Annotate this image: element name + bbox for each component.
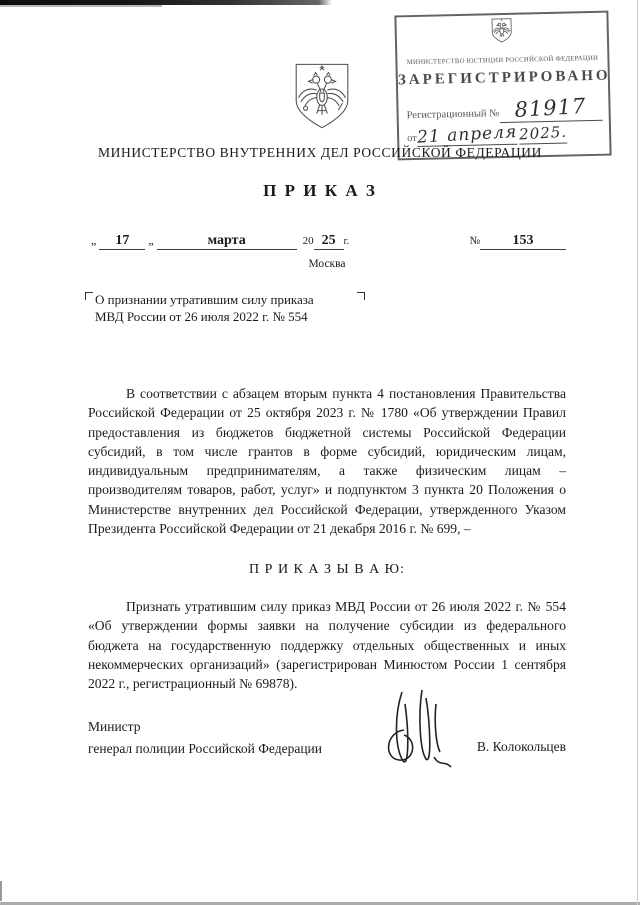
ministry-title: МИНИСТЕРСТВО ВНУТРЕННИХ ДЕЛ РОССИЙСКОЙ Ф…	[0, 145, 640, 161]
stamp-reg-number-label: Регистрационный №	[407, 108, 500, 121]
stamp-reg-number-value: 81917	[499, 95, 603, 123]
date-year-field: 25	[314, 233, 344, 250]
russia-coat-of-arms-icon	[291, 62, 353, 135]
open-quote: „	[91, 233, 96, 248]
order-paragraph: Признать утратившим силу приказ МВД Росс…	[88, 597, 566, 693]
date-month-field: марта	[157, 233, 297, 250]
signer-position-line-1: Министр	[88, 716, 322, 738]
scan-artifact-top-sub-bar	[0, 5, 162, 7]
order-directive-word: П Р И К А З Ы В А Ю:	[88, 562, 566, 578]
year-unit: г.	[344, 236, 349, 247]
subject-corner-right	[357, 292, 365, 300]
date-and-number-line: „ 17 „ марта 20 25 г. № 153	[88, 233, 566, 250]
signer-position-line-2: генерал полиции Российской Федерации	[88, 738, 322, 760]
order-subject: О признании утратившим силу приказа МВД …	[95, 292, 357, 325]
preamble-paragraph: В соответствии с абзацем вторым пункта 4…	[88, 384, 566, 538]
year-prefix: 20	[303, 235, 314, 247]
minjust-emblem-icon	[396, 16, 607, 51]
stamp-agency-line: МИНИСТЕРСТВО ЮСТИЦИИ РОССИЙСКОЙ ФЕДЕРАЦИ…	[397, 55, 607, 67]
close-quote: „	[148, 233, 153, 248]
subject-line-2: МВД России от 26 июля 2022 г. № 554	[95, 309, 357, 326]
minjust-registration-stamp: МИНИСТЕРСТВО ЮСТИЦИИ РОССИЙСКОЙ ФЕДЕРАЦИ…	[394, 11, 611, 161]
order-number-field: 153	[480, 233, 566, 250]
date-day-field: 17	[99, 233, 145, 250]
subject-corner-left	[85, 292, 93, 300]
signer-position: Министр генерал полиции Российской Федер…	[88, 716, 322, 760]
signer-name: В. Колокольцев	[460, 739, 566, 755]
order-document-page: МИНИСТЕРСТВО ЮСТИЦИИ РОССИЙСКОЙ ФЕДЕРАЦИ…	[0, 0, 640, 905]
subject-line-1: О признании утратившим силу приказа	[95, 292, 357, 309]
stamp-registered-label: ЗАРЕГИСТРИРОВАНО	[398, 68, 608, 90]
stamp-date-handwritten: 21 апреля	[417, 124, 518, 147]
minister-signature-icon	[374, 688, 454, 785]
city-label: Москва	[88, 258, 566, 270]
stamp-date-year: 2025.	[519, 124, 567, 145]
stamp-date-prefix: от	[407, 133, 417, 144]
scan-artifact-left-tick	[0, 881, 2, 901]
number-sign: №	[470, 235, 481, 247]
scan-artifact-right-line	[637, 0, 638, 905]
document-type-title: П Р И К А З	[0, 181, 640, 201]
